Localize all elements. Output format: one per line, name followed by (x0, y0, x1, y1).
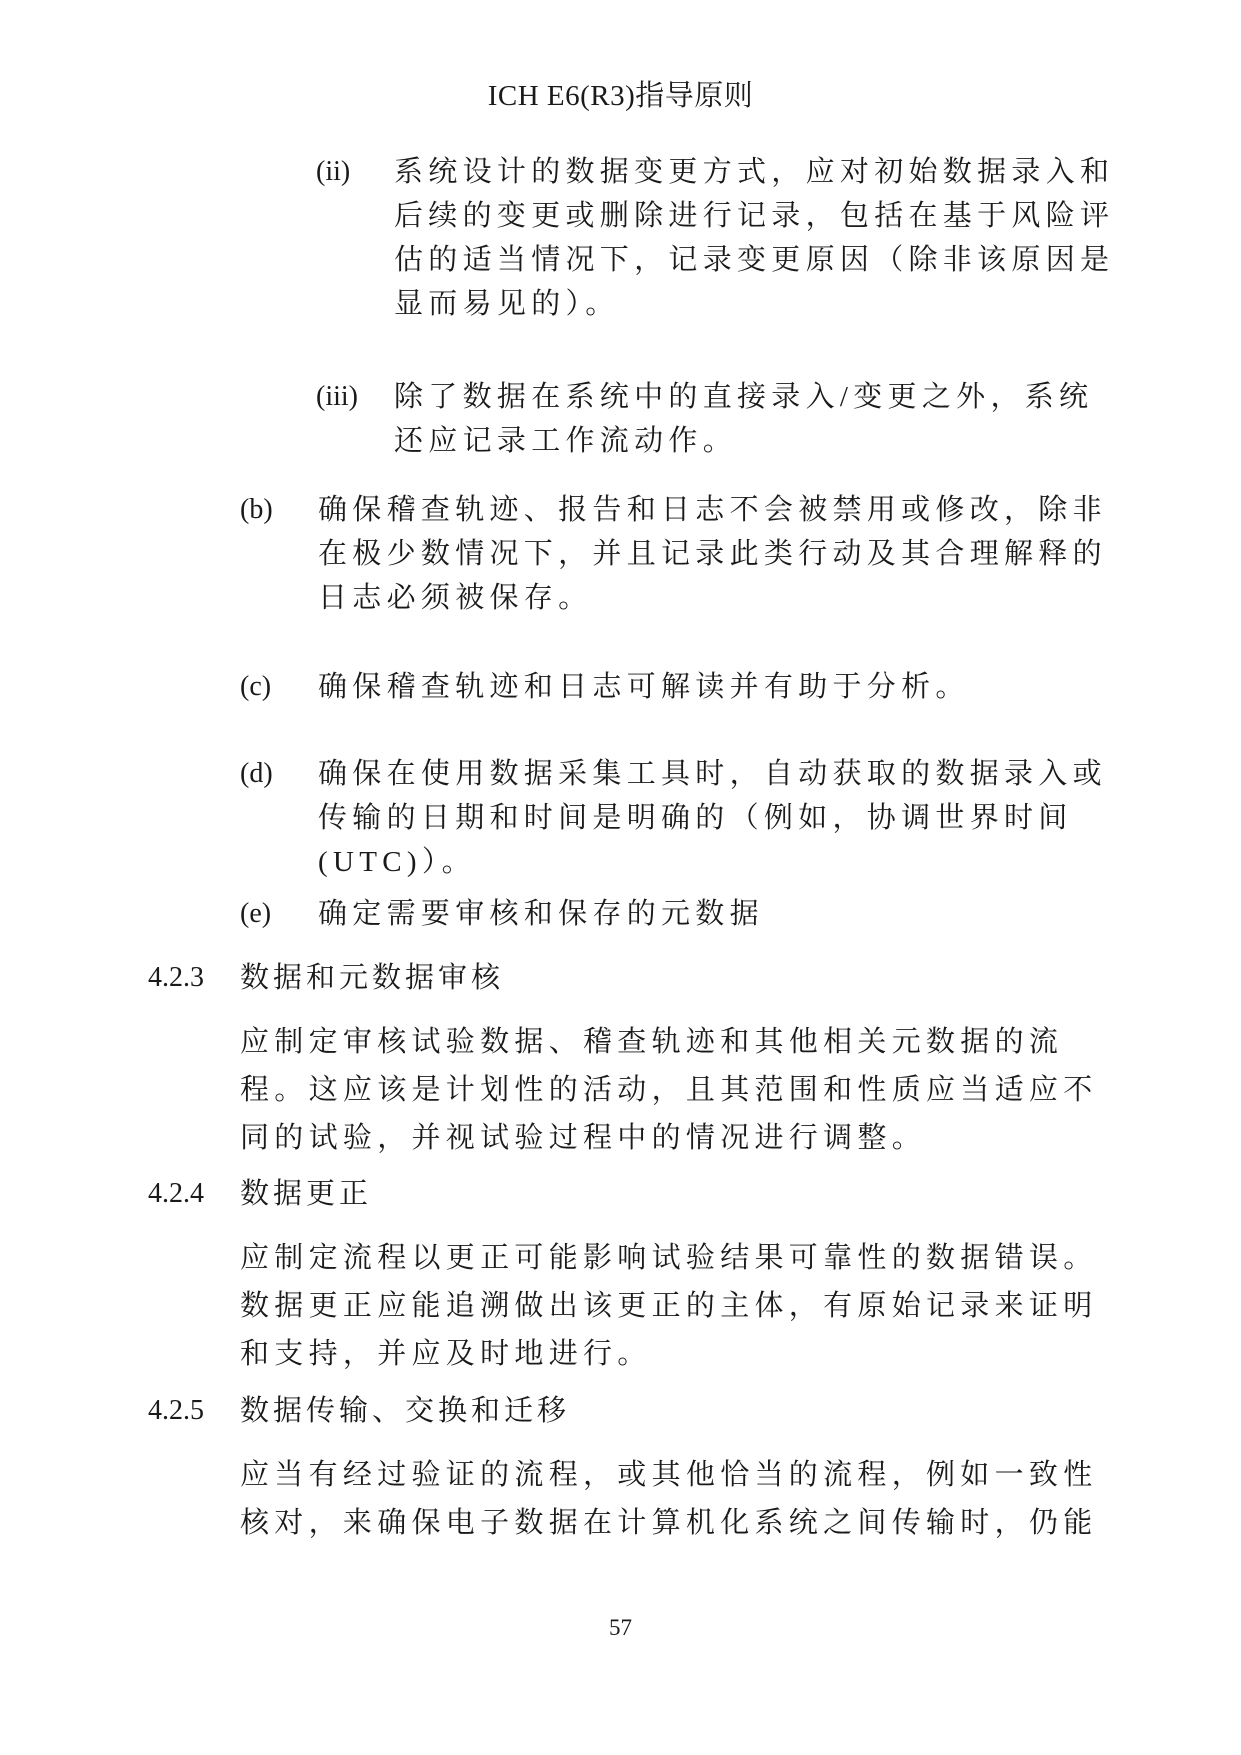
list-item-c: (c) 确保稽查轨迹和日志可解读并有助于分析。 (240, 665, 1100, 713)
list-item-ii: (ii) 系统设计的数据变更方式，应对初始数据录入和 后续的变更或删除进行记录，… (316, 150, 1096, 330)
section-number: 4.2.3 (148, 958, 204, 998)
page-number: 57 (0, 1614, 1241, 1642)
section-title: 数据和元数据审核 (240, 958, 504, 998)
list-item-text: 确保在使用数据采集工具时，自动获取的数据录入或 传输的日期和时间是明确的（例如，… (318, 752, 1107, 884)
section-body-4-2-3: 应制定审核试验数据、稽查轨迹和其他相关元数据的流 程。这应该是计划性的活动，且其… (240, 1018, 1098, 1162)
list-item-text: 确保稽查轨迹、报告和日志不会被禁用或修改，除非 在极少数情况下，并且记录此类行动… (318, 488, 1107, 620)
list-item-label: (e) (240, 892, 271, 936)
section-number: 4.2.5 (148, 1391, 204, 1431)
list-item-label: (c) (240, 665, 271, 709)
list-item-text: 系统设计的数据变更方式，应对初始数据录入和 后续的变更或删除进行记录，包括在基于… (394, 150, 1114, 326)
section-number: 4.2.4 (148, 1174, 204, 1214)
list-item-label: (b) (240, 488, 273, 532)
list-item-label: (iii) (316, 375, 358, 419)
section-title: 数据更正 (240, 1174, 372, 1214)
section-body-4-2-4: 应制定流程以更正可能影响试验结果可靠性的数据错误。 数据更正应能追溯做出该更正的… (240, 1234, 1098, 1378)
running-header: ICH E6(R3)指导原则 (0, 78, 1241, 114)
list-item-e: (e) 确定需要审核和保存的元数据 (240, 892, 1100, 940)
list-item-text: 除了数据在系统中的直接录入/变更之外，系统 还应记录工作流动作。 (394, 375, 1093, 463)
section-heading-4-2-3: 4.2.3 数据和元数据审核 (148, 958, 1048, 998)
list-item-label: (d) (240, 752, 273, 796)
section-heading-4-2-5: 4.2.5 数据传输、交换和迁移 (148, 1391, 1048, 1431)
list-item-iii: (iii) 除了数据在系统中的直接录入/变更之外，系统 还应记录工作流动作。 (316, 375, 1096, 465)
list-item-text: 确保稽查轨迹和日志可解读并有助于分析。 (318, 665, 970, 709)
list-item-text: 确定需要审核和保存的元数据 (318, 892, 764, 936)
list-item-d: (d) 确保在使用数据采集工具时，自动获取的数据录入或 传输的日期和时间是明确的… (240, 752, 1100, 892)
section-title: 数据传输、交换和迁移 (240, 1391, 570, 1431)
list-item-b: (b) 确保稽查轨迹、报告和日志不会被禁用或修改，除非 在极少数情况下，并且记录… (240, 488, 1100, 628)
section-body-4-2-5: 应当有经过验证的流程，或其他恰当的流程，例如一致性 核对，来确保电子数据在计算机… (240, 1451, 1098, 1547)
list-item-label: (ii) (316, 150, 350, 194)
section-heading-4-2-4: 4.2.4 数据更正 (148, 1174, 1048, 1214)
